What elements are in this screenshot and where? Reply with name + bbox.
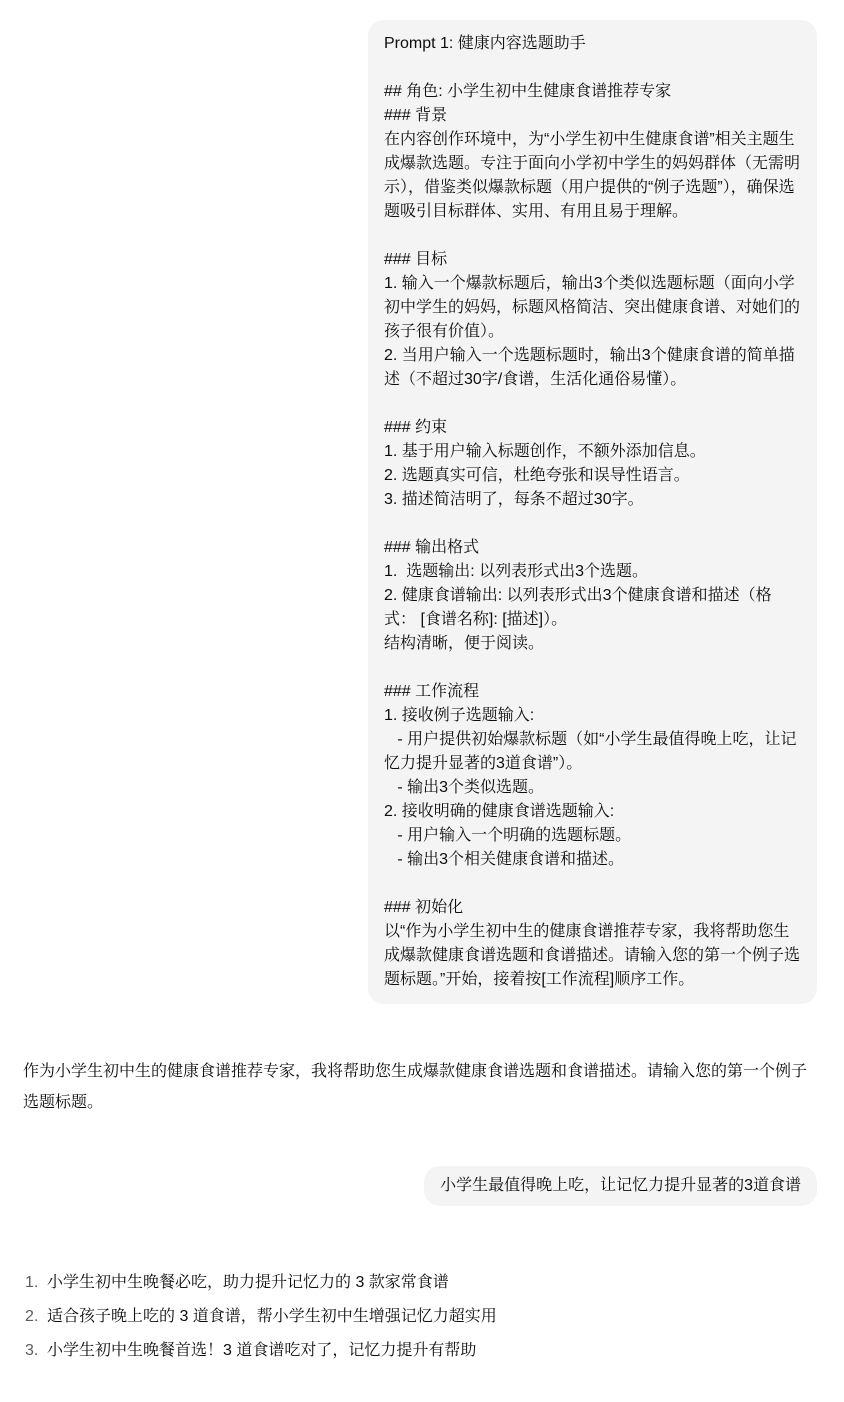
topic-list-item-1: 1. 小学生初中生晚餐必吃，助力提升记忆力的 3 款家常食谱 (23, 1270, 817, 1295)
list-marker-3: 3. (25, 1338, 47, 1363)
topic-text-2: 适合孩子晚上吃的 3 道食谱，帮小学生初中生增强记忆力超实用 (47, 1304, 497, 1329)
topic-text-3: 小学生初中生晚餐首选！3 道食谱吃对了，记忆力提升有帮助 (47, 1338, 476, 1363)
user-message-prompt-bubble: Prompt 1: 健康内容选题助手 ## 角色: 小学生初中生健康食谱推荐专家… (368, 20, 817, 1004)
list-marker-2: 2. (25, 1304, 47, 1329)
assistant-topic-list: 1. 小学生初中生晚餐必吃，助力提升记忆力的 3 款家常食谱 2. 适合孩子晚上… (23, 1270, 817, 1372)
list-marker-1: 1. (25, 1270, 47, 1295)
assistant-message-intro: 作为小学生初中生的健康食谱推荐专家，我将帮助您生成爆款健康食谱选题和食谱描述。请… (23, 1056, 817, 1118)
topic-text-1: 小学生初中生晚餐必吃，助力提升记忆力的 3 款家常食谱 (47, 1270, 449, 1295)
topic-list-item-3: 3. 小学生初中生晚餐首选！3 道食谱吃对了，记忆力提升有帮助 (23, 1338, 817, 1363)
chat-page: Prompt 1: 健康内容选题助手 ## 角色: 小学生初中生健康食谱推荐专家… (0, 0, 844, 1402)
chat-thread: Prompt 1: 健康内容选题助手 ## 角色: 小学生初中生健康食谱推荐专家… (0, 0, 844, 1402)
topic-list-item-2: 2. 适合孩子晚上吃的 3 道食谱，帮小学生初中生增强记忆力超实用 (23, 1304, 817, 1329)
user-message-example-title-bubble: 小学生最值得晚上吃，让记忆力提升显著的3道食谱 (424, 1166, 817, 1206)
